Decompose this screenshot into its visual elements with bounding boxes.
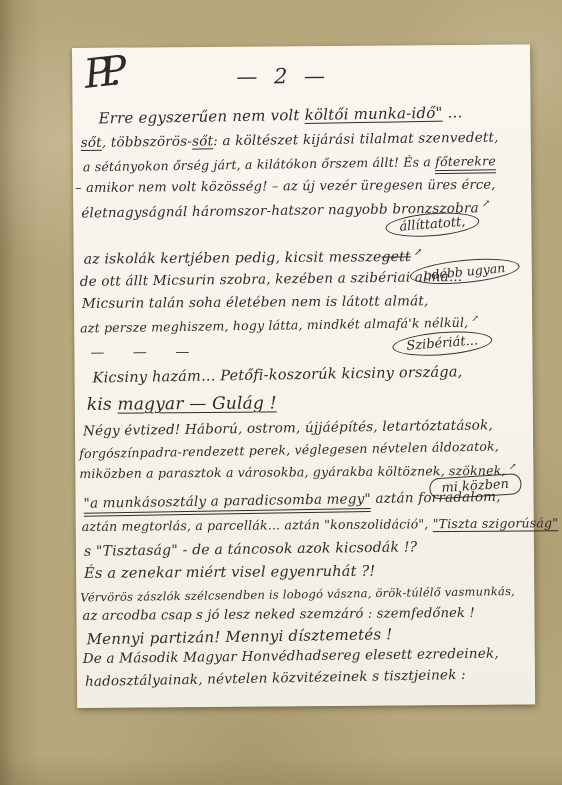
handwritten-line: az arcodba csap s jó lesz neked szemzáró… <box>82 606 475 624</box>
line-text: Mennyi partizán! Mennyi dísztemetés ! <box>87 625 393 648</box>
handwritten-line: Mennyi partizán! Mennyi dísztemetés ! <box>87 625 393 648</box>
handwritten-line: "a munkásosztály a paradicsomba megy" az… <box>83 489 500 512</box>
handwritten-line: Kicsiny hazám... Petőfi-koszorúk kicsiny… <box>92 364 462 386</box>
line-text: forgószínpadra-rendezett perek, végleges… <box>79 438 499 461</box>
line-text: Négy évtized! Háború, ostrom, újjáépítés… <box>83 417 493 439</box>
underlined-text: "Tiszta szigorúság" <box>433 515 559 531</box>
line-text: De a Második Magyar Honvédhadsereg elese… <box>83 646 499 667</box>
line-text: – amikor nem volt közösség! – az új vezé… <box>75 178 496 196</box>
line-text: hadosztályainak, névtelen közvitézeinek … <box>85 667 466 690</box>
underlined-text: sőt <box>81 135 102 151</box>
insert-mark: ↗ <box>468 313 479 324</box>
handwritten-line: aztán megtorlás, a parcellák... aztán "k… <box>82 515 559 534</box>
line-text: Micsurin talán soha életében nem is láto… <box>82 293 429 312</box>
line-text: És a zenekar miért visel egyenruhát ?! <box>84 564 375 582</box>
line-text: Vérvörös zászlók szélcsendben is lobogó … <box>80 584 515 604</box>
double-underlined-text: főterekre <box>435 153 496 174</box>
manuscript-page: PP. — 2 — Erre egyszerűen nem volt költő… <box>72 44 535 708</box>
handwritten-line: Erre egyszerűen nem volt költői munka-id… <box>98 103 462 127</box>
handwritten-line: kis magyar — Gulág ! <box>87 393 277 414</box>
insert-mark: ↗ <box>411 246 423 258</box>
insert-mark: ↗ <box>506 462 517 473</box>
handwritten-line: az iskolák kertjében pedig, kicsit messz… <box>84 246 423 267</box>
line-text: Erre egyszerűen nem volt <box>98 106 304 127</box>
struck-text: gett <box>381 249 410 265</box>
line-text: s "Tisztaság" - de a táncosok azok kicso… <box>84 539 418 559</box>
line-text: Kicsiny hazám... Petőfi-koszorúk kicsiny… <box>92 364 462 386</box>
underlined-text: sőt <box>192 133 213 149</box>
line-text: aztán forradalom, <box>371 489 501 507</box>
separator-dashes: — — — <box>90 344 201 361</box>
line-text: a sétányokon őrség járt, a kilátókon őrs… <box>83 154 435 174</box>
handwritten-line: Négy évtized! Háború, ostrom, újjáépítés… <box>83 417 493 439</box>
line-text: azt persze meghiszem, hogy látta, mindké… <box>80 315 468 336</box>
line-text: de ott állt Micsurin szobra, kezében a s… <box>80 269 463 290</box>
insert-mark: ↗ <box>479 199 491 210</box>
handwritten-line: És a zenekar miért visel egyenruhát ?! <box>84 564 375 582</box>
handwritten-line: a sétányokon őrség járt, a kilátókon őrs… <box>83 153 496 174</box>
handwritten-line: Micsurin talán soha életében nem is láto… <box>82 293 429 312</box>
handwritten-line: azt persze meghiszem, hogy látta, mindké… <box>80 313 479 335</box>
handwritten-line: forgószínpadra-rendezett perek, végleges… <box>79 438 499 461</box>
underlined-text: magyar — Gulág ! <box>117 393 276 414</box>
handwritten-line: De a Második Magyar Honvédhadsereg elese… <box>83 646 499 667</box>
line-text: : a költészet kijárási tilalmat szenvede… <box>213 130 499 150</box>
handwritten-line: hadosztályainak, névtelen közvitézeinek … <box>85 667 466 690</box>
underlined-text: költői munka-idő" <box>305 104 443 124</box>
handwritten-line: de ott állt Micsurin szobra, kezében a s… <box>80 269 463 290</box>
line-text: az iskolák kertjében pedig, kicsit messz… <box>84 249 382 267</box>
double-underlined-text: "a munkásosztály a paradicsomba megy" <box>83 491 371 517</box>
handwritten-line: sőt, többszörös-sőt: a költészet kijárás… <box>81 130 499 151</box>
handwritten-line: – amikor nem volt közösség! – az új vezé… <box>75 178 496 196</box>
page-number: — 2 — <box>54 63 512 91</box>
line-text: , többszörös- <box>102 134 192 151</box>
line-text: aztán megtorlás, a parcellák... aztán "k… <box>82 516 433 534</box>
line-text: kis <box>87 395 118 415</box>
line-text: az arcodba csap s jó lesz neked szemzáró… <box>82 606 475 624</box>
handwritten-line: Vérvörös zászlók szélcsendben is lobogó … <box>80 584 515 604</box>
line-text: ... <box>442 103 462 121</box>
handwritten-line: s "Tisztaság" - de a táncosok azok kicso… <box>84 539 418 559</box>
circled-annotation-sziberiat: Szibériát... <box>392 328 493 359</box>
